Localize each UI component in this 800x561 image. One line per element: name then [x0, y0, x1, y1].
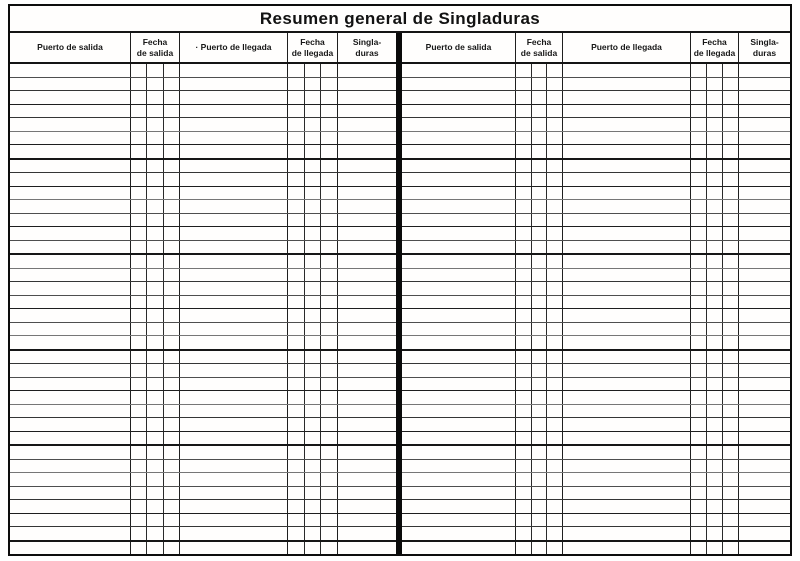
date-subcell — [164, 418, 179, 431]
puerto-salida-cell — [402, 418, 516, 431]
fecha-salida-cell — [131, 405, 180, 418]
puerto-llegada-cell — [563, 269, 691, 282]
date-subcell — [288, 227, 305, 240]
puerto-llegada-cell — [563, 323, 691, 336]
date-subcell — [532, 64, 548, 77]
date-subcell — [707, 405, 723, 418]
date-subcell — [131, 460, 147, 473]
puerto-llegada-cell — [180, 432, 288, 445]
singladuras-cell — [338, 542, 396, 555]
date-subcell — [147, 187, 163, 200]
fecha-salida-cell — [516, 282, 563, 295]
fecha-salida-cell — [131, 446, 180, 459]
date-subcell — [691, 269, 707, 282]
fecha-salida-cell — [516, 323, 563, 336]
date-subcell — [723, 527, 738, 540]
date-subcell — [288, 132, 305, 145]
date-subcell — [723, 227, 738, 240]
fecha-llegada-cell — [288, 255, 338, 268]
date-subcell — [723, 282, 738, 295]
table-row — [402, 269, 790, 283]
puerto-llegada-cell — [180, 378, 288, 391]
date-subcell — [288, 460, 305, 473]
puerto-llegada-cell — [180, 255, 288, 268]
fecha-salida-cell — [516, 487, 563, 500]
date-subcell — [147, 145, 163, 158]
date-subcell — [707, 336, 723, 349]
fecha-llegada-cell — [691, 200, 739, 213]
puerto-salida-cell — [10, 542, 131, 555]
date-subcell — [691, 418, 707, 431]
date-subcell — [321, 269, 337, 282]
puerto-salida-cell — [10, 241, 131, 254]
date-subcell — [147, 160, 163, 173]
singladuras-cell — [739, 64, 790, 77]
date-subcell — [547, 309, 562, 322]
fecha-salida-cell — [131, 391, 180, 404]
fecha-salida-cell — [516, 200, 563, 213]
date-subcell — [532, 446, 548, 459]
date-subcell — [288, 282, 305, 295]
date-subcell — [532, 405, 548, 418]
date-subcell — [532, 241, 548, 254]
fecha-salida-cell — [516, 173, 563, 186]
fecha-llegada-cell — [288, 446, 338, 459]
table-row — [402, 282, 790, 296]
puerto-llegada-cell — [180, 187, 288, 200]
fecha-salida-cell — [131, 527, 180, 540]
fecha-salida-cell — [516, 500, 563, 513]
date-subcell — [516, 160, 532, 173]
date-subcell — [131, 432, 147, 445]
date-subcell — [288, 200, 305, 213]
singladuras-cell — [739, 542, 790, 555]
date-subcell — [288, 418, 305, 431]
date-subcell — [532, 255, 548, 268]
fecha-llegada-cell — [288, 227, 338, 240]
date-subcell — [547, 500, 562, 513]
date-subcell — [516, 542, 532, 555]
fecha-salida-cell — [131, 514, 180, 527]
form-body: Puerto de salida Fecha de salida · Puert… — [10, 33, 790, 554]
date-subcell — [691, 500, 707, 513]
date-subcell — [164, 200, 179, 213]
date-subcell — [305, 118, 322, 131]
date-subcell — [516, 432, 532, 445]
date-subcell — [164, 378, 179, 391]
table-row — [10, 527, 396, 542]
singladuras-cell — [338, 91, 396, 104]
date-subcell — [131, 323, 147, 336]
date-subcell — [707, 473, 723, 486]
puerto-llegada-cell — [180, 269, 288, 282]
puerto-llegada-cell — [563, 473, 691, 486]
singladuras-cell — [739, 173, 790, 186]
puerto-llegada-cell — [180, 91, 288, 104]
puerto-salida-cell — [402, 78, 516, 91]
header-label: · Puerto de llegada — [195, 42, 271, 52]
puerto-llegada-cell — [180, 405, 288, 418]
fecha-salida-cell — [131, 241, 180, 254]
date-subcell — [164, 323, 179, 336]
date-subcell — [691, 173, 707, 186]
singladuras-cell — [338, 487, 396, 500]
date-subcell — [691, 542, 707, 555]
date-subcell — [547, 227, 562, 240]
table-row — [10, 446, 396, 460]
fecha-salida-cell — [131, 282, 180, 295]
fecha-llegada-cell — [288, 241, 338, 254]
puerto-salida-cell — [10, 214, 131, 227]
date-subcell — [723, 418, 738, 431]
fecha-llegada-cell — [288, 173, 338, 186]
header-label: Fecha — [702, 37, 727, 47]
date-subcell — [516, 500, 532, 513]
puerto-salida-cell — [10, 446, 131, 459]
date-subcell — [164, 91, 179, 104]
fecha-salida-cell — [516, 132, 563, 145]
date-subcell — [305, 446, 322, 459]
date-subcell — [707, 351, 723, 364]
date-subcell — [147, 255, 163, 268]
date-subcell — [516, 173, 532, 186]
puerto-salida-cell — [10, 91, 131, 104]
date-subcell — [547, 527, 562, 540]
date-subcell — [321, 473, 337, 486]
singladuras-cell — [739, 105, 790, 118]
puerto-salida-cell — [10, 405, 131, 418]
fecha-salida-cell — [516, 405, 563, 418]
table-row — [10, 214, 396, 228]
fecha-llegada-cell — [288, 418, 338, 431]
date-subcell — [691, 514, 707, 527]
fecha-llegada-cell — [288, 282, 338, 295]
fecha-salida-cell — [131, 227, 180, 240]
puerto-salida-cell — [10, 391, 131, 404]
table-row — [402, 64, 790, 78]
fecha-llegada-cell — [691, 391, 739, 404]
singladuras-cell — [739, 255, 790, 268]
date-subcell — [691, 255, 707, 268]
date-subcell — [321, 200, 337, 213]
table-row — [402, 500, 790, 514]
puerto-salida-cell — [402, 527, 516, 540]
fecha-salida-cell — [131, 187, 180, 200]
date-subcell — [532, 514, 548, 527]
singladuras-cell — [338, 364, 396, 377]
date-subcell — [288, 432, 305, 445]
fecha-salida-cell — [131, 64, 180, 77]
date-subcell — [707, 269, 723, 282]
fecha-salida-cell — [131, 418, 180, 431]
fecha-llegada-cell — [288, 473, 338, 486]
singladuras-cell — [338, 309, 396, 322]
date-subcell — [547, 364, 562, 377]
table-row — [402, 351, 790, 365]
date-subcell — [321, 241, 337, 254]
date-subcell — [305, 487, 322, 500]
date-subcell — [532, 282, 548, 295]
puerto-salida-cell — [10, 200, 131, 213]
fecha-llegada-cell — [691, 378, 739, 391]
fecha-llegada-cell — [288, 514, 338, 527]
table-row — [402, 418, 790, 432]
date-subcell — [707, 446, 723, 459]
date-subcell — [305, 500, 322, 513]
date-subcell — [723, 378, 738, 391]
date-subcell — [547, 296, 562, 309]
date-subcell — [547, 160, 562, 173]
date-subcell — [532, 351, 548, 364]
table-row — [402, 432, 790, 447]
date-subcell — [305, 460, 322, 473]
singladuras-cell — [338, 105, 396, 118]
puerto-llegada-cell — [180, 500, 288, 513]
date-subcell — [707, 460, 723, 473]
date-subcell — [164, 446, 179, 459]
fecha-salida-cell — [131, 145, 180, 158]
date-subcell — [147, 214, 163, 227]
fecha-llegada-cell — [288, 64, 338, 77]
table-row — [10, 336, 396, 351]
date-subcell — [547, 269, 562, 282]
date-subcell — [321, 351, 337, 364]
date-subcell — [516, 91, 532, 104]
puerto-llegada-cell — [563, 446, 691, 459]
puerto-llegada-cell — [180, 364, 288, 377]
table-row — [10, 78, 396, 92]
puerto-salida-cell — [402, 132, 516, 145]
singladuras-cell — [338, 473, 396, 486]
date-subcell — [691, 446, 707, 459]
fecha-salida-cell — [131, 460, 180, 473]
fecha-salida-cell — [131, 173, 180, 186]
puerto-llegada-cell — [180, 527, 288, 540]
puerto-llegada-cell — [563, 378, 691, 391]
date-subcell — [691, 91, 707, 104]
left-header-row: Puerto de salida Fecha de salida · Puert… — [10, 33, 396, 64]
date-subcell — [532, 542, 548, 555]
puerto-llegada-cell — [180, 309, 288, 322]
date-subcell — [547, 105, 562, 118]
date-subcell — [532, 364, 548, 377]
date-subcell — [707, 514, 723, 527]
date-subcell — [516, 446, 532, 459]
puerto-salida-cell — [402, 542, 516, 555]
puerto-llegada-cell — [180, 296, 288, 309]
right-header-row: Puerto de salida Fecha de salida Puerto … — [402, 33, 790, 64]
fecha-llegada-cell — [288, 323, 338, 336]
date-subcell — [707, 309, 723, 322]
date-subcell — [707, 500, 723, 513]
puerto-salida-cell — [10, 364, 131, 377]
puerto-salida-cell — [402, 160, 516, 173]
date-subcell — [164, 78, 179, 91]
date-subcell — [305, 64, 322, 77]
puerto-llegada-cell — [180, 78, 288, 91]
puerto-salida-cell — [10, 473, 131, 486]
date-subcell — [547, 145, 562, 158]
fecha-salida-cell — [516, 309, 563, 322]
fecha-llegada-cell — [691, 282, 739, 295]
fecha-llegada-cell — [288, 105, 338, 118]
date-subcell — [707, 542, 723, 555]
date-subcell — [288, 173, 305, 186]
table-row — [10, 64, 396, 78]
date-subcell — [547, 336, 562, 349]
fecha-llegada-cell — [691, 432, 739, 445]
table-row — [402, 364, 790, 378]
puerto-llegada-cell — [180, 514, 288, 527]
header-label: Puerto de salida — [37, 42, 103, 52]
date-subcell — [516, 227, 532, 240]
puerto-llegada-cell — [180, 64, 288, 77]
date-subcell — [321, 227, 337, 240]
date-subcell — [147, 378, 163, 391]
date-subcell — [131, 78, 147, 91]
date-subcell — [147, 527, 163, 540]
date-subcell — [516, 405, 532, 418]
table-row — [402, 391, 790, 405]
date-subcell — [305, 91, 322, 104]
singladuras-cell — [338, 187, 396, 200]
table-row — [10, 378, 396, 392]
date-subcell — [131, 527, 147, 540]
date-subcell — [131, 364, 147, 377]
date-subcell — [305, 241, 322, 254]
puerto-llegada-cell — [180, 200, 288, 213]
date-subcell — [532, 500, 548, 513]
date-subcell — [288, 323, 305, 336]
singladuras-cell — [338, 64, 396, 77]
puerto-salida-cell — [10, 282, 131, 295]
date-subcell — [147, 241, 163, 254]
date-subcell — [691, 145, 707, 158]
date-subcell — [532, 473, 548, 486]
fecha-llegada-cell — [288, 309, 338, 322]
date-subcell — [321, 214, 337, 227]
date-subcell — [723, 296, 738, 309]
date-subcell — [288, 391, 305, 404]
fecha-salida-cell — [131, 91, 180, 104]
puerto-salida-cell — [402, 64, 516, 77]
date-subcell — [547, 391, 562, 404]
date-subcell — [547, 187, 562, 200]
date-subcell — [131, 227, 147, 240]
fecha-salida-cell — [516, 187, 563, 200]
fecha-salida-cell — [131, 323, 180, 336]
fecha-salida-cell — [516, 351, 563, 364]
date-subcell — [147, 91, 163, 104]
date-subcell — [288, 160, 305, 173]
header-fecha-salida: Fecha de salida — [516, 33, 563, 62]
date-subcell — [723, 487, 738, 500]
date-subcell — [321, 64, 337, 77]
date-subcell — [723, 241, 738, 254]
date-subcell — [691, 214, 707, 227]
date-subcell — [147, 446, 163, 459]
header-label: Singla- — [353, 37, 381, 47]
fecha-salida-cell — [131, 500, 180, 513]
fecha-llegada-cell — [288, 132, 338, 145]
puerto-llegada-cell — [563, 309, 691, 322]
date-subcell — [305, 336, 322, 349]
singladuras-cell — [338, 160, 396, 173]
header-puerto-llegada: Puerto de llegada — [563, 33, 691, 62]
date-subcell — [532, 418, 548, 431]
date-subcell — [147, 282, 163, 295]
date-subcell — [164, 118, 179, 131]
date-subcell — [691, 364, 707, 377]
date-subcell — [532, 187, 548, 200]
header-singladuras: Singla- duras — [739, 33, 790, 62]
date-subcell — [164, 214, 179, 227]
puerto-salida-cell — [10, 78, 131, 91]
singladuras-cell — [338, 351, 396, 364]
puerto-salida-cell — [402, 432, 516, 445]
puerto-llegada-cell — [563, 418, 691, 431]
date-subcell — [288, 351, 305, 364]
header-fecha-salida: Fecha de salida — [131, 33, 180, 62]
puerto-llegada-cell — [563, 336, 691, 349]
date-subcell — [288, 214, 305, 227]
date-subcell — [305, 78, 322, 91]
date-subcell — [288, 405, 305, 418]
date-subcell — [288, 255, 305, 268]
date-subcell — [516, 64, 532, 77]
date-subcell — [305, 187, 322, 200]
puerto-salida-cell — [10, 500, 131, 513]
date-subcell — [532, 269, 548, 282]
date-subcell — [147, 432, 163, 445]
date-subcell — [164, 309, 179, 322]
singladuras-cell — [739, 527, 790, 540]
fecha-salida-cell — [516, 336, 563, 349]
date-subcell — [516, 118, 532, 131]
table-row — [10, 118, 396, 132]
fecha-salida-cell — [131, 432, 180, 445]
date-subcell — [288, 105, 305, 118]
date-subcell — [532, 91, 548, 104]
date-subcell — [723, 187, 738, 200]
date-subcell — [321, 323, 337, 336]
date-subcell — [305, 405, 322, 418]
fecha-llegada-cell — [288, 269, 338, 282]
date-subcell — [305, 132, 322, 145]
fecha-salida-cell — [516, 364, 563, 377]
puerto-llegada-cell — [180, 446, 288, 459]
fecha-llegada-cell — [691, 446, 739, 459]
puerto-salida-cell — [10, 173, 131, 186]
date-subcell — [164, 255, 179, 268]
singladuras-cell — [739, 378, 790, 391]
date-subcell — [723, 173, 738, 186]
puerto-salida-cell — [10, 323, 131, 336]
date-subcell — [516, 391, 532, 404]
header-singladuras: Singla- duras — [338, 33, 396, 62]
fecha-llegada-cell — [691, 514, 739, 527]
date-subcell — [691, 527, 707, 540]
date-subcell — [707, 187, 723, 200]
table-row — [402, 187, 790, 201]
date-subcell — [147, 500, 163, 513]
table-row — [402, 78, 790, 92]
date-subcell — [288, 487, 305, 500]
fecha-salida-cell — [516, 296, 563, 309]
fecha-llegada-cell — [288, 460, 338, 473]
date-subcell — [516, 473, 532, 486]
date-subcell — [147, 132, 163, 145]
